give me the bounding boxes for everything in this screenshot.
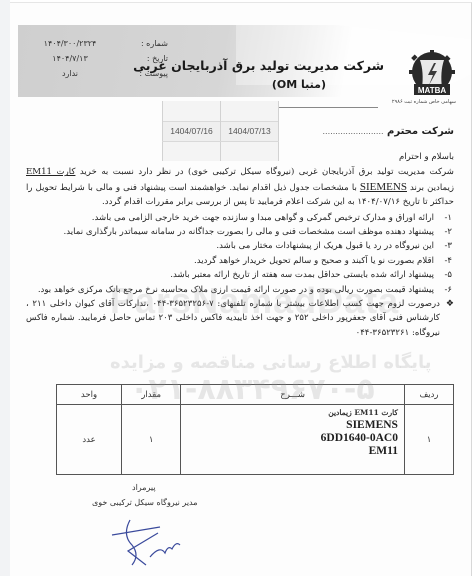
recipient-placeholder: ........................ [323, 127, 384, 136]
intro-paragraph: شرکت مدیریت تولید برق آذربایجان غربی (نی… [26, 165, 454, 209]
item-description: کارت EM11 زیمادین SIEMENS 6DD1640-0AC0 E… [181, 405, 405, 475]
condition-item: ۲-پیشنهاد دهنده موظف است مشخصات فنی و ما… [26, 225, 434, 239]
recipient-label: شرکت محترم [387, 126, 454, 137]
items-table: ردیف شـــرح مقدار واحد ۱ کارت EM11 زیماد… [56, 384, 454, 475]
condition-item: ۱-ارائه اوراق و مدارک ترخیص گمرکی و گواه… [26, 211, 434, 225]
header-description: شـــرح [181, 385, 405, 405]
reference-attachment-value: ندارد [18, 69, 122, 78]
matba-logo-icon: MATBA [404, 50, 460, 98]
handwritten-signature-icon [110, 515, 190, 570]
item-part-number: 6DD1640-0AC0 [185, 432, 398, 445]
letter-body: باسلام و احترام شرکت مدیریت تولید برق آذ… [26, 150, 454, 340]
row-number: ۱ [404, 405, 453, 475]
reference-number-row: شماره : ۱۴۰۴/۳۰۰/۲۳۲۴ [18, 36, 168, 51]
header-row-number: ردیف [404, 385, 453, 405]
diamond-bullet-icon: ❖ [446, 297, 454, 311]
recipient-line: شرکت محترم ........................ [323, 126, 454, 137]
company-title: شرکت مدیریت تولید برق آذربایجان غربی [133, 58, 384, 73]
condition-item: ۴-اقلام بصورت نو یا آکبند و صحیح و سالم … [26, 254, 434, 268]
conditions-list: ۱-ارائه اوراق و مدارک ترخیص گمرکی و گواه… [26, 211, 454, 297]
item-model: EM11 [185, 445, 398, 458]
condition-item: ۵-پیشنهاد ارائه شده بایستی حداقل بمدت سه… [26, 268, 434, 282]
product-name: کارت EM11 [26, 167, 75, 177]
logo-text: MATBA [418, 86, 447, 95]
issue-date: 1404/07/13 [221, 121, 279, 141]
header-quantity: مقدار [122, 385, 181, 405]
item-brand: SIEMENS [185, 419, 398, 432]
signatory-name: پیرمراد [132, 483, 156, 492]
logo-caption: سهامی خاص شماره ثبت ۲۹۸۶ [392, 99, 456, 105]
item-title: کارت EM11 زیمادین [185, 408, 398, 417]
item-unit: عدد [57, 405, 122, 475]
table-row: ۱ کارت EM11 زیمادین SIEMENS 6DD1640-0AC0… [57, 405, 454, 475]
viewer-left-edge [0, 0, 10, 576]
reference-date-value: ۱۴۰۴/۷/۱۳ [18, 54, 122, 63]
reference-number-value: ۱۴۰۴/۳۰۰/۲۳۲۴ [18, 39, 122, 48]
greeting: باسلام و احترام [26, 150, 454, 164]
condition-item: ۳-این نیروگاه در رد یا قبول هریک از پیشن… [26, 239, 434, 253]
deadline-date: 1404/07/16 [163, 121, 221, 141]
brand-name: SIEMENS [360, 181, 407, 193]
contact-paragraph: ❖ درصورت لزوم جهت کسب اطلاعات بیشتر با ش… [26, 297, 454, 340]
company-subtitle: (متبا OM) [272, 78, 326, 91]
signatory-title: مدیر نیروگاه سیکل ترکیبی خوی [92, 498, 198, 507]
items-table-header: ردیف شـــرح مقدار واحد [57, 385, 454, 405]
header-unit: واحد [57, 385, 122, 405]
condition-item: ۶-پیشنهاد قیمت بصورت ریالی بوده و در صور… [26, 283, 434, 297]
reference-number-label: شماره : [122, 39, 168, 48]
item-quantity: ۱ [122, 405, 181, 475]
